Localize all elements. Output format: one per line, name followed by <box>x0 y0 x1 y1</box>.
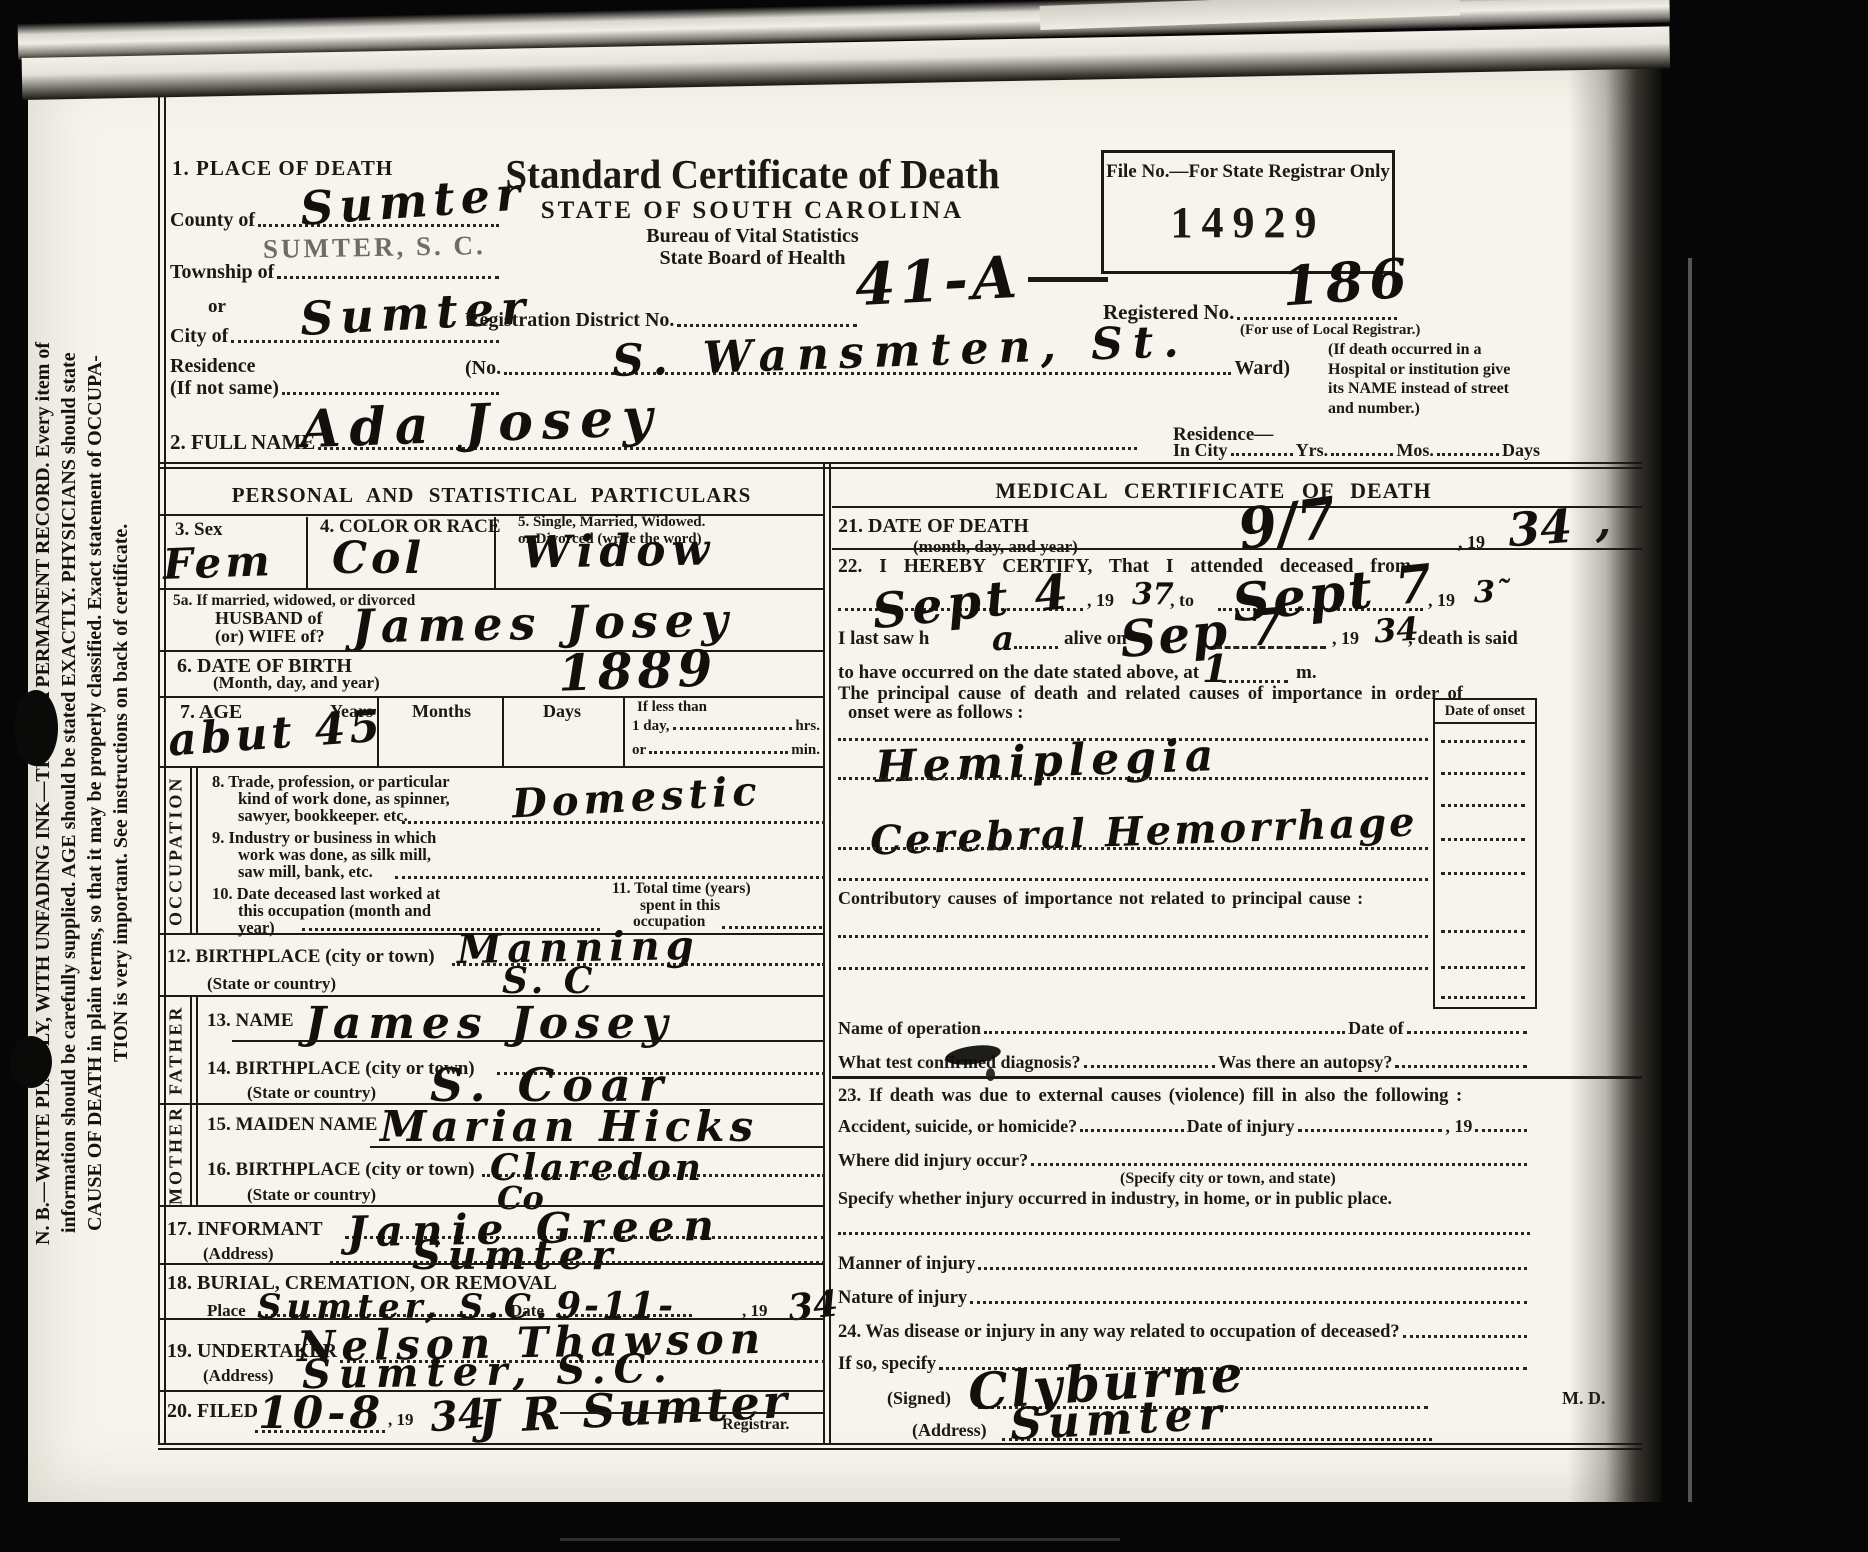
cause-line <box>838 847 1428 850</box>
date-of-death-label: 21. DATE OF DEATH <box>838 515 1029 538</box>
yrs-label: Yrs. <box>1296 440 1329 461</box>
row-line <box>158 1263 825 1265</box>
registered-no-handwritten: 186 <box>1280 251 1414 314</box>
f10-label-3: year) <box>238 918 275 938</box>
cause-line <box>838 878 1428 881</box>
scan-blemish <box>14 690 58 766</box>
where-injury-label: Where did injury occur? <box>838 1150 1028 1171</box>
dotted-leader <box>1031 1163 1527 1166</box>
dashed-line <box>1216 646 1326 649</box>
physician-address-handwritten: Sumter <box>1009 1392 1229 1447</box>
undertaker-address-label: (Address) <box>203 1366 274 1386</box>
principal-cause-label-2: onset were as follows : <box>848 703 1023 724</box>
dotted-leader <box>984 1031 1345 1034</box>
dotted-leader <box>970 1301 1527 1304</box>
nature-injury-label: Nature of injury <box>838 1288 967 1309</box>
file-number-value: 14929 <box>1104 197 1392 248</box>
age-small-label-2b: hrs. <box>795 718 820 735</box>
last-saw-pronoun-handwritten: a <box>992 622 1014 656</box>
cause-line <box>838 935 1428 938</box>
in-city-label: In City <box>1173 440 1228 461</box>
date-of-death-sub: (month, day, and year) <box>913 537 1078 557</box>
row-line <box>832 548 1642 550</box>
informant-label: 17. INFORMANT <box>167 1218 323 1241</box>
cause-line <box>838 967 1428 970</box>
dotted-leader <box>673 727 793 730</box>
onset-row-line <box>1441 838 1525 841</box>
scan-blemish <box>10 1036 52 1088</box>
filed-year-prefix: , 19 <box>388 1410 414 1430</box>
informant-address-handwritten: Sumter <box>412 1236 619 1276</box>
mother-birthplace-sub: (State or country) <box>247 1185 376 1205</box>
date-of-onset-header: Date of onset <box>1435 700 1535 724</box>
group-divider <box>190 1105 198 1205</box>
mother-vertical-label: MOTHER <box>160 1105 192 1205</box>
margin-line: CAUSE OF DEATH in plain terms, so that i… <box>82 92 108 1494</box>
f9-label-3: saw mill, bank, etc. <box>238 862 373 882</box>
registered-no-label: Registered No. <box>1103 300 1234 325</box>
cell-divider <box>494 517 496 588</box>
onset-row-line <box>1441 740 1525 743</box>
dotted-leader <box>1331 453 1393 456</box>
age-days-label: Days <box>543 701 581 722</box>
cause-1-handwritten: Hemiplegia <box>874 734 1220 790</box>
dotted-leader <box>1437 453 1499 456</box>
onset-row-line <box>1441 872 1525 875</box>
residence-label: Residence <box>170 355 256 378</box>
dotted-leader <box>978 1267 1527 1270</box>
birthplace-label: 12. BIRTHPLACE (city or town) <box>167 946 435 968</box>
filed-label: 20. FILED <box>167 1400 258 1423</box>
city-label: City of <box>170 325 228 348</box>
dotted-line <box>1014 646 1058 649</box>
father-name-label: 13. NAME <box>207 1010 294 1032</box>
last-saw-label-a: I last saw h <box>838 628 929 650</box>
full-name-label: 2. FULL NAME <box>170 430 315 455</box>
group-divider <box>190 768 198 933</box>
death-year-handwritten: 34 <box>1506 503 1573 553</box>
dotted-line <box>722 926 822 929</box>
signature-line <box>560 1412 825 1414</box>
dotted-leader <box>1475 1129 1527 1132</box>
row-line <box>158 696 825 698</box>
accident-label: Accident, suicide, or homicide? <box>838 1116 1077 1137</box>
mother-birthplace-label: 16. BIRTHPLACE (city or town) <box>207 1159 475 1181</box>
f5a-label-3: (or) WIFE of? <box>215 626 325 647</box>
file-number-title: File No.—For State Registrar Only <box>1104 161 1392 183</box>
last-saw-year-prefix: , 19 <box>1332 628 1359 649</box>
dob-sub-label: (Month, day, and year) <box>213 673 380 693</box>
residence-sub-label: (If not same) <box>170 377 279 400</box>
specify-injury-label: Specify whether injury occurred in indus… <box>838 1188 1392 1209</box>
scan-edge-sliver <box>560 1538 1120 1541</box>
f8-label-3: sawyer, bookkeeper. etc. <box>238 806 408 826</box>
row-line <box>232 1040 825 1042</box>
bureau-line: Bureau of Vital Statistics <box>465 225 1040 248</box>
dotted-leader <box>277 276 499 279</box>
header-divider <box>158 462 1642 469</box>
registration-district-label: Registration District No. <box>465 309 674 332</box>
margin-line: N. B.—WRITE PLAINLY, WITH UNFADING INK—T… <box>30 92 56 1494</box>
ink-smudge <box>986 1068 995 1081</box>
dob-handwritten: 1889 <box>557 643 718 699</box>
scan-edge-sliver <box>1688 258 1692 1502</box>
row-line <box>158 766 825 768</box>
age-small-label-2: 1 day, <box>632 718 670 735</box>
days-label: Days <box>1502 440 1540 461</box>
onset-row-line <box>1441 772 1525 775</box>
principal-cause-label-1: The principal cause of death and related… <box>838 684 1463 705</box>
occupation-related-label: 24. Was disease or injury in any way rel… <box>838 1322 1400 1343</box>
dotted-leader <box>1084 1065 1216 1068</box>
manner-injury-label: Manner of injury <box>838 1254 975 1275</box>
county-stamp: SUMTER, S. C. <box>263 230 486 265</box>
registrar-label: Registrar. <box>722 1416 789 1434</box>
dotted-leader <box>1237 317 1397 320</box>
margin-line: TION is very important. See instructions… <box>108 92 134 1494</box>
row-line <box>158 588 825 590</box>
date-of-onset-box: Date of onset <box>1433 698 1537 1009</box>
onset-row-line <box>1441 966 1525 969</box>
medical-section-title: MEDICAL CERTIFICATE OF DEATH <box>832 478 1595 504</box>
row-line <box>158 995 825 997</box>
dotted-leader <box>677 324 857 327</box>
birthplace-state-handwritten: S. C <box>502 963 596 999</box>
occurred-label-a: to have occurred on the date stated abov… <box>838 662 1199 684</box>
age-small-label-1: If less than <box>637 699 707 716</box>
last-saw-label-b: alive on <box>1064 628 1127 650</box>
contributory-label: Contributory causes of importance not re… <box>838 888 1363 909</box>
dotted-leader <box>1407 1031 1527 1034</box>
injury-year-prefix: , 19 <box>1445 1116 1472 1137</box>
or-label: or <box>208 296 226 318</box>
maiden-name-handwritten: Marian Hicks <box>380 1106 758 1148</box>
dotted-leader <box>1403 1335 1527 1338</box>
bottom-border <box>158 1443 1642 1450</box>
dotted-line <box>1222 680 1288 683</box>
father-birthplace-sub: (State or country) <box>247 1083 376 1103</box>
margin-line: information should be carefully supplied… <box>56 92 82 1494</box>
street-no-label: (No. <box>465 357 501 380</box>
specify-city-note: (Specify city or town, and state) <box>1120 1170 1336 1188</box>
township-label: Township of <box>170 261 274 284</box>
onset-row-line <box>1441 996 1525 999</box>
dotted-leader <box>1298 1129 1443 1132</box>
rule-line <box>1028 277 1108 282</box>
hospital-note: (If death occurred in a Hospital or inst… <box>1328 340 1513 418</box>
dotted-line <box>395 876 825 879</box>
mos-label: Mos. <box>1396 440 1434 461</box>
personal-section-title: PERSONAL AND STATISTICAL PARTICULARS <box>158 483 825 508</box>
to-year-prefix: , 19 <box>1428 590 1455 611</box>
occupation-vertical-label: OCCUPATION <box>160 768 192 933</box>
marital-handwritten: Widow <box>522 528 716 575</box>
external-causes-label: 23. If death was due to external causes … <box>838 1086 1462 1107</box>
operation-date-label: Date of <box>1348 1018 1403 1039</box>
full-name-handwritten: Ada Josey <box>299 392 662 457</box>
autopsy-label: Was there an autopsy? <box>1218 1052 1392 1073</box>
dotted-leader <box>649 751 788 754</box>
to-year-handwritten: 3˜ <box>1474 578 1510 608</box>
section-line <box>832 1076 1642 1079</box>
burial-year-handwritten: 34 <box>786 1285 840 1326</box>
cell-divider <box>502 698 504 766</box>
f11-label-1: 11. Total time (years) <box>612 880 751 898</box>
page-edge-shadow <box>1568 56 1662 1502</box>
onset-row-line <box>1441 930 1525 933</box>
state-title: STATE OF SOUTH CAROLINA <box>465 197 1040 225</box>
dotted-leader <box>1231 453 1293 456</box>
ward-label: Ward) <box>1234 357 1290 380</box>
age-small-label-3b: min. <box>791 742 820 759</box>
certificate-title: Standard Certificate of Death <box>479 150 1025 198</box>
group-divider <box>190 997 198 1103</box>
margin-instructions: N. B.—WRITE PLAINLY, WITH UNFADING INK—T… <box>30 92 136 1494</box>
birthplace-sub-label: (State or country) <box>207 974 336 994</box>
age-months-label: Months <box>412 701 471 722</box>
operation-label: Name of operation <box>838 1018 981 1039</box>
last-saw-label-c: , death is said <box>1408 628 1518 650</box>
scanned-death-certificate: N. B.—WRITE PLAINLY, WITH UNFADING INK—T… <box>0 0 1868 1552</box>
maiden-name-label: 15. MAIDEN NAME <box>207 1114 377 1136</box>
sex-handwritten: Fem <box>162 540 274 586</box>
cause-line <box>838 777 1428 780</box>
occurred-label-b: m. <box>1296 662 1317 684</box>
dotted-leader <box>1395 1065 1527 1068</box>
if-so-specify-label: If so, specify <box>838 1354 936 1375</box>
signed-label: (Signed) <box>887 1388 951 1409</box>
dotted-line <box>255 1430 385 1433</box>
injury-date-label: Date of injury <box>1187 1116 1295 1137</box>
from-year-prefix: , 19 <box>1087 590 1114 611</box>
local-registrar-note: (For use of Local Registrar.) <box>1240 322 1420 339</box>
race-handwritten: Col <box>332 537 425 581</box>
address-label: (Address) <box>912 1420 987 1441</box>
informant-address-label: (Address) <box>203 1244 274 1264</box>
father-vertical-label: FATHER <box>160 997 192 1103</box>
age-small-label-3: or <box>632 742 646 759</box>
dotted-line <box>838 1232 1530 1235</box>
district-handwritten: 41-A <box>854 248 1023 315</box>
county-label: County of <box>170 209 255 232</box>
row-line <box>158 650 825 652</box>
onset-row-line <box>1441 804 1525 807</box>
cell-divider <box>306 517 308 588</box>
cell-divider <box>623 698 625 766</box>
dotted-leader <box>1080 1129 1183 1132</box>
